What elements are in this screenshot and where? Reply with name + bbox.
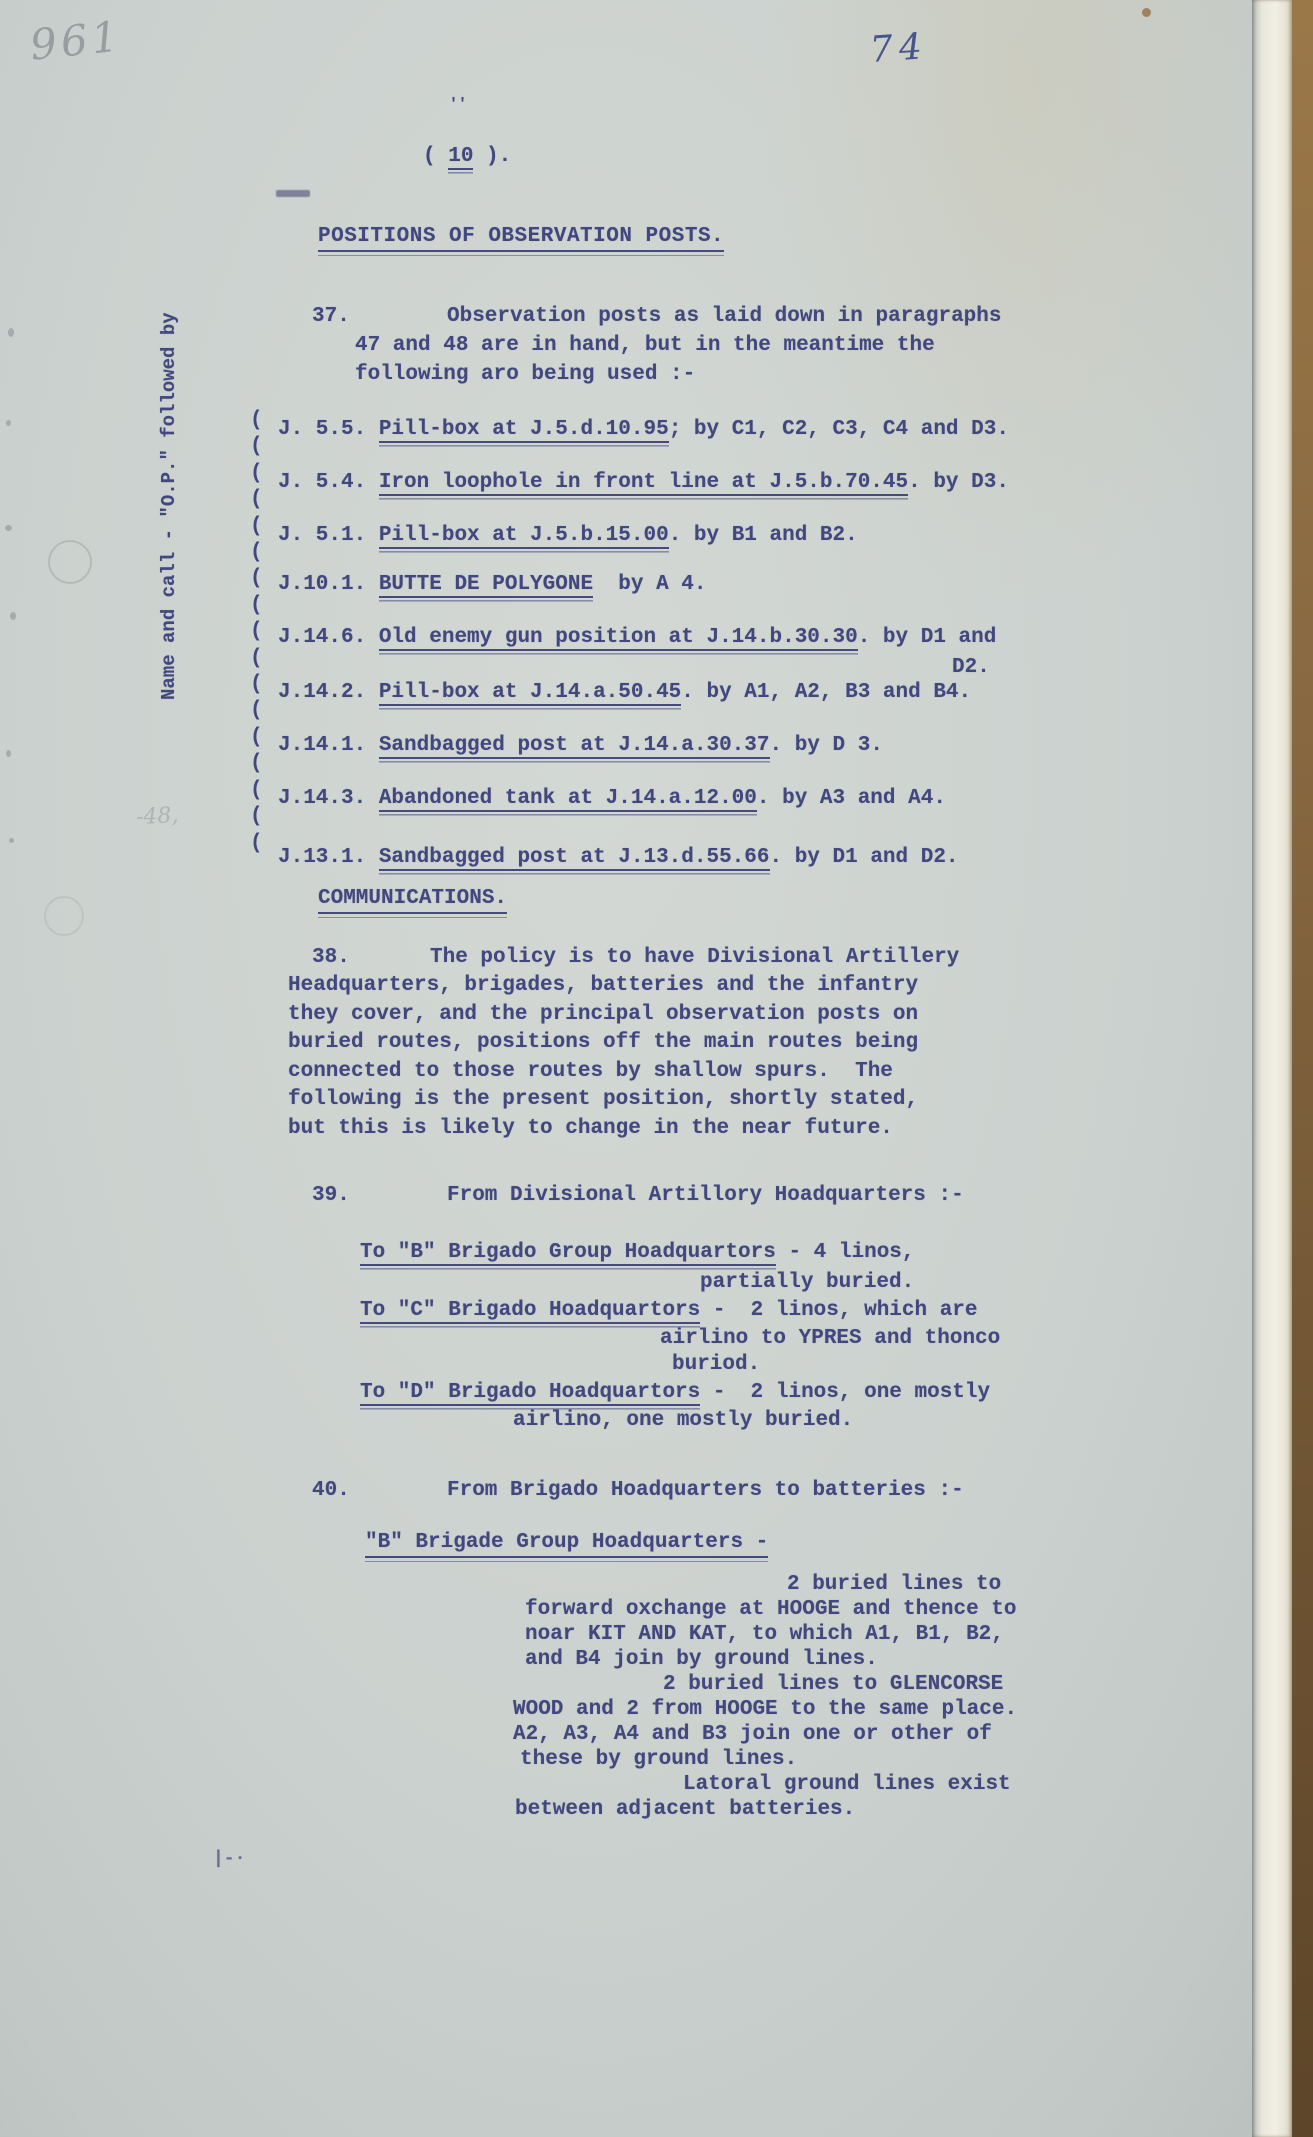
para-40-line: 2 buried lines to GLENCORSE xyxy=(663,1672,1003,1698)
margin-speck xyxy=(6,420,11,426)
route-destination: To "D" Brigado Hoadquartors xyxy=(360,1381,700,1410)
para-38-line: following is the present position, short… xyxy=(288,1087,918,1113)
op-item-label: J.13.1. xyxy=(278,846,379,869)
adjacent-page-edge xyxy=(1252,0,1292,2137)
section-heading-positions: POSITIONS OF OBSERVATION POSTS. xyxy=(318,224,724,256)
folio-number: 74 xyxy=(869,26,930,71)
route-continuation: airlino, one mostly buried. xyxy=(513,1408,853,1434)
page-label-number: 10 xyxy=(448,145,473,174)
pencil-page-number: 961 xyxy=(28,11,125,69)
para-37-number: 37. xyxy=(312,304,350,330)
margin-speck xyxy=(8,328,14,337)
margin-speck xyxy=(5,525,12,531)
para-38-line: Headquarters, brigades, batteries and th… xyxy=(288,973,918,999)
op-item-observers: . by D3. xyxy=(908,471,1009,494)
brace-column: ( ( ( ( ( ( ( ( ( ( ( ( ( ( ( ( ( xyxy=(250,408,263,857)
op-item-label: J.14.3. xyxy=(278,787,379,810)
hole-punch-mark xyxy=(44,896,84,936)
para-38-line: but this is likely to change in the near… xyxy=(288,1116,893,1142)
desk-background xyxy=(1290,0,1313,2137)
stray-tick-mark: '' xyxy=(449,96,467,115)
para-37-line: 47 and 48 are in hand, but in the meanti… xyxy=(355,333,935,359)
route-continuation: partially buried. xyxy=(700,1270,914,1296)
para-38-number: 38. xyxy=(312,945,350,971)
route-detail: - 2 linos, which are xyxy=(700,1299,977,1322)
op-item-label: J.10.1. xyxy=(278,573,379,596)
para-39-intro: From Divisional Artillory Hoadquarters :… xyxy=(447,1183,964,1209)
route-detail: - 2 linos, one mostly xyxy=(700,1381,990,1404)
para-39-number: 39. xyxy=(312,1183,350,1209)
op-item-observers: . by D 3. xyxy=(770,734,883,757)
op-item-location: Pill-box at J.5.b.15.00 xyxy=(379,524,669,553)
rotated-margin-note: Name and call - "O.P." followed by xyxy=(160,312,179,700)
route-detail: - 4 linos, xyxy=(776,1241,915,1264)
op-item-observers: . by D1 and D2. xyxy=(770,846,959,869)
op-item-label: J.14.1. xyxy=(278,734,379,757)
brigade-group-heading: "B" Brigade Group Hoadquarters - xyxy=(365,1530,768,1562)
op-item-label: J.14.2. xyxy=(278,681,379,704)
margin-pencil-note: -48, xyxy=(135,803,179,830)
para-40-line: noar KIT AND KAT, to which A1, B1, B2, xyxy=(525,1622,1004,1648)
op-item-location: Iron loophole in front line at J.5.b.70.… xyxy=(379,471,908,500)
op-item-label: J. 5.5. xyxy=(278,418,379,441)
op-item-label: J. 5.1. xyxy=(278,524,379,547)
route-line: To "B" Brigado Group Hoadquartors - 4 li… xyxy=(360,1240,915,1266)
route-destination: To "B" Brigado Group Hoadquartors xyxy=(360,1241,776,1270)
footer-mark: |-· xyxy=(213,1848,245,1871)
op-item-observers: by A 4. xyxy=(593,573,706,596)
para-40-line: A2, A3, A4 and B3 join one or other of xyxy=(513,1722,992,1748)
para-40-intro: From Brigado Hoadquarters to batteries :… xyxy=(447,1478,964,1504)
op-item-observers: . by A1, A2, B3 and B4. xyxy=(681,681,971,704)
op-item-location: Sandbagged post at J.13.d.55.66 xyxy=(379,846,770,875)
route-line: To "D" Brigado Hoadquartors - 2 linos, o… xyxy=(360,1380,990,1406)
route-continuation: buriod. xyxy=(672,1352,760,1378)
margin-speck xyxy=(9,838,14,843)
para-38-line: buried routes, positions off the main ro… xyxy=(288,1030,918,1056)
para-40-line: 2 buried lines to xyxy=(787,1572,1001,1598)
page-label-open: ( xyxy=(423,145,448,168)
ink-smudge xyxy=(276,190,310,197)
para-40-line: between adjacent batteries. xyxy=(515,1797,855,1823)
para-40-line: these by ground lines. xyxy=(520,1747,797,1773)
op-list-item: J.10.1. BUTTE DE POLYGONE by A 4. xyxy=(278,572,707,598)
para-40-line: and B4 join by ground lines. xyxy=(525,1647,878,1673)
op-list-item: J.14.3. Abandoned tank at J.14.a.12.00. … xyxy=(278,786,946,812)
margin-speck xyxy=(10,612,16,620)
op-item-observers: . by D1 and xyxy=(858,626,997,649)
op-item-observers: . by A3 and A4. xyxy=(757,787,946,810)
section-heading-communications: COMMUNICATIONS. xyxy=(318,886,507,918)
op-item-location: Abandoned tank at J.14.a.12.00 xyxy=(379,787,757,816)
op-item-label: J. 5.4. xyxy=(278,471,379,494)
op-item-observers: . by B1 and B2. xyxy=(669,524,858,547)
document-page: { "page": { "pencil_number_top_left": "9… xyxy=(0,0,1313,2137)
para-38-line: The policy is to have Divisional Artille… xyxy=(430,945,959,971)
op-list-item: J.13.1. Sandbagged post at J.13.d.55.66.… xyxy=(278,845,959,871)
hole-punch-mark xyxy=(48,540,92,584)
op-item-label: J.14.6. xyxy=(278,626,379,649)
op-item-location: Old enemy gun position at J.14.b.30.30 xyxy=(379,626,858,655)
op-item-observers: ; by C1, C2, C3, C4 and D3. xyxy=(669,418,1009,441)
op-item-location: Pill-box at J.14.a.50.45 xyxy=(379,681,681,710)
op-item-location: Sandbagged post at J.14.a.30.37 xyxy=(379,734,770,763)
para-37-line: Observation posts as laid down in paragr… xyxy=(447,304,1002,330)
route-line: To "C" Brigado Hoadquartors - 2 linos, w… xyxy=(360,1298,978,1324)
op-list-item: J. 5.1. Pill-box at J.5.b.15.00. by B1 a… xyxy=(278,523,858,549)
para-40-line: Latoral ground lines exist xyxy=(683,1772,1011,1798)
page-label: ( 10 ). xyxy=(423,144,511,170)
para-40-number: 40. xyxy=(312,1478,350,1504)
para-40-line: forward oxchange at HOOGE and thence to xyxy=(525,1597,1016,1623)
para-38-line: connected to those routes by shallow spu… xyxy=(288,1059,893,1085)
op-item-location: BUTTE DE POLYGONE xyxy=(379,573,593,602)
op-list-item: J.14.1. Sandbagged post at J.14.a.30.37.… xyxy=(278,733,883,759)
op-list-item: J. 5.5. Pill-box at J.5.d.10.95; by C1, … xyxy=(278,417,1009,443)
margin-speck xyxy=(6,750,11,757)
op-item-continuation: D2. xyxy=(952,655,990,681)
para-38-line: they cover, and the principal observatio… xyxy=(288,1002,918,1028)
route-destination: To "C" Brigado Hoadquartors xyxy=(360,1299,700,1328)
op-list-item: J.14.2. Pill-box at J.14.a.50.45. by A1,… xyxy=(278,680,971,706)
op-list-item: J.14.6. Old enemy gun position at J.14.b… xyxy=(278,625,996,651)
para-37-line: following aro being used :- xyxy=(355,362,695,388)
page-label-close: ). xyxy=(473,145,511,168)
route-continuation: airlino to YPRES and thonco xyxy=(660,1326,1000,1352)
rust-speck xyxy=(1142,8,1151,17)
op-list-item: J. 5.4. Iron loophole in front line at J… xyxy=(278,470,1009,496)
op-item-location: Pill-box at J.5.d.10.95 xyxy=(379,418,669,447)
para-40-line: WOOD and 2 from HOOGE to the same place. xyxy=(513,1697,1017,1723)
